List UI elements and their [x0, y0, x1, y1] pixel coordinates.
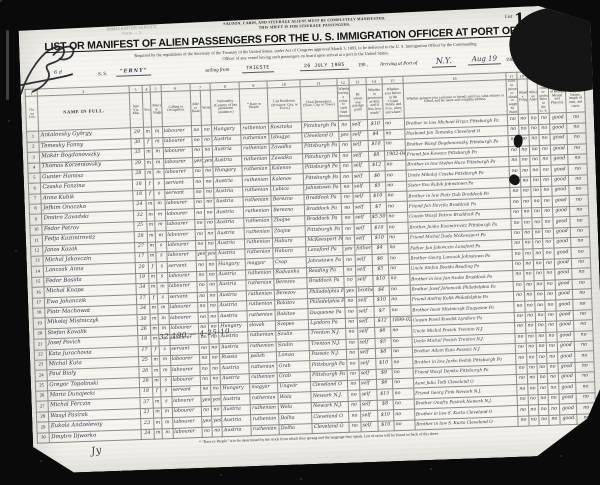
cell-read: no [197, 292, 208, 303]
cell-money: $10 [375, 358, 392, 369]
cell-contract: no [542, 217, 553, 228]
cell-read: yes [195, 250, 206, 261]
cell-ms: m [160, 366, 171, 377]
cell-health: good [559, 393, 577, 404]
cell-tkt: no [344, 307, 357, 318]
cell-no: 1 [27, 131, 40, 142]
cell-write: no [209, 354, 220, 365]
cell-ms: m [152, 127, 163, 138]
cell-polyg: no [520, 166, 531, 177]
cell-contract: no [539, 124, 550, 135]
cell-anarch: no [532, 228, 543, 239]
cell-paid: self [358, 328, 375, 339]
cell-age: 30 [137, 315, 151, 326]
cell-tkt: no [338, 120, 351, 131]
cell-ms: m [162, 418, 173, 429]
cell-before: no [386, 202, 407, 213]
sailing-from-label: sailing from [205, 68, 229, 74]
cell-age: 30 [130, 138, 144, 149]
cell-crip: no [576, 372, 595, 383]
cell-contract: no [545, 311, 556, 322]
cell-money: $8 [375, 348, 392, 359]
cell-age: 23 [140, 418, 154, 429]
cell-write: no [211, 406, 222, 417]
cell-anarch: no [537, 373, 548, 384]
cell-anarch: no [538, 384, 549, 395]
cell-sex: m [151, 335, 160, 346]
cell-before: 1902-04 Pittsbg [385, 150, 406, 161]
cell-before: no [387, 222, 408, 233]
cell-no: 16 [32, 287, 45, 298]
cell-crip: no [573, 310, 592, 321]
cell-contract: no [548, 394, 559, 405]
cell-before: no [384, 139, 405, 150]
cell-age: 17 [134, 252, 148, 263]
cell-prison: no [516, 343, 527, 354]
cell-anarch: no [532, 207, 543, 218]
cell-health: good [557, 341, 575, 352]
cell-tkt: no [343, 266, 356, 277]
cell-write: no [205, 219, 216, 230]
cell-ms: s [156, 262, 167, 273]
cell-no: 9 [29, 214, 42, 225]
manifest-sheet: IMMIGRATION SERVICE Form — 5 List 1 ✓ SA… [18, 4, 600, 474]
cell-paid: self [360, 400, 377, 411]
cell-contract: no [545, 300, 556, 311]
cell-money: $10 [372, 275, 389, 286]
cell-no: 17 [32, 297, 45, 308]
cell-crip: no [573, 299, 592, 310]
cell-tkt: no [346, 338, 359, 349]
cell-read: no [197, 302, 208, 313]
cell-age: 26 [138, 366, 152, 377]
cell-crip: no [575, 351, 594, 362]
cell-no: 27 [36, 401, 49, 412]
cell-read: no [199, 344, 210, 355]
cell-before: 1899-02 N.Y. [390, 316, 411, 327]
cell-contract: no [548, 373, 559, 384]
cell-age: 19 [135, 273, 149, 284]
cell-no: 29 [37, 422, 50, 433]
cell-tkt: no [339, 162, 352, 173]
cell-crip: no [570, 206, 589, 217]
cell-contract: no [544, 280, 555, 291]
cell-no: 11 [30, 235, 43, 246]
cell-write: no [209, 343, 220, 354]
cell-no: 24 [35, 370, 48, 381]
cell-ms: m [155, 220, 166, 231]
cell-tkt: no [348, 411, 361, 422]
cell-rel: Brother in law S. Kurta Cleveland O [415, 416, 519, 430]
cell-no: 30 [37, 432, 50, 443]
cell-tkt: no [341, 203, 354, 214]
list-label: List [505, 15, 513, 20]
cell-crip: no [574, 341, 593, 352]
cell-health: good [555, 289, 573, 300]
cell-race: ruthenian [251, 424, 279, 435]
cell-age: 35 [131, 148, 145, 159]
cell-polyg: no [519, 156, 530, 167]
cell-anarch: no [534, 280, 545, 291]
cell-age: 28 [131, 169, 145, 180]
cell-before: no [389, 264, 410, 275]
cell-age: 24 [133, 200, 147, 211]
cell-contract: no [548, 383, 559, 394]
cell-ms: m [155, 210, 166, 221]
cell-tkt: no [348, 422, 361, 433]
cell-anarch: no [529, 135, 540, 146]
cell-no: 15 [32, 277, 45, 288]
cell-read: no [201, 406, 212, 417]
cell-no: 5 [28, 173, 41, 184]
cell-anarch: no [532, 218, 543, 229]
cell-paid: self [360, 411, 377, 422]
cell-crip: no [567, 123, 586, 134]
cell-age: 26 [137, 325, 151, 336]
cell-write: no [203, 177, 214, 188]
cell-prison: no [508, 115, 519, 126]
cell-prison: no [513, 260, 524, 271]
cell-read: no [191, 126, 202, 137]
cell-read: yes [201, 416, 212, 427]
cell-prison: no [515, 322, 526, 333]
cell-anarch: no [533, 249, 544, 260]
cell-before: no [385, 160, 406, 171]
cell-crip: no [569, 185, 588, 196]
cell-anarch: no [530, 155, 541, 166]
cell-contract: no [541, 186, 552, 197]
cell-age: 18 [132, 190, 146, 201]
cell-health: good [553, 237, 571, 248]
cell-write: no [206, 260, 217, 271]
cell-tkt: no [346, 359, 359, 370]
cell-health: good [557, 331, 575, 342]
cell-tkt: no [344, 297, 357, 308]
cell-age: 27 [134, 242, 148, 253]
cell-tkt: no [343, 276, 356, 287]
cell-paid: self [360, 390, 377, 401]
cell-contract: no [540, 165, 551, 176]
arrival-port: N.Y. [432, 56, 456, 68]
cell-ms: m [153, 169, 164, 180]
cell-no: 18 [33, 308, 46, 319]
cell-health: good [551, 165, 569, 176]
cell-polyg: no [522, 218, 533, 229]
arrival-date: Aug 19 [468, 55, 502, 66]
cell-sex: m [149, 283, 158, 294]
cell-polyg: no [528, 395, 539, 406]
cell-prison: no [510, 198, 521, 209]
column-label-race: * Race or People. [239, 88, 268, 124]
cell-crip: no [569, 175, 588, 186]
cell-polyg: no [523, 270, 534, 281]
cell-no: 25 [35, 381, 48, 392]
cell-anarch: no [536, 342, 547, 353]
cell-write: no [208, 312, 219, 323]
cell-ms: s [158, 293, 169, 304]
cell-dest: Cleveland O [312, 422, 349, 434]
cell-age: 34 [135, 283, 149, 294]
cell-tkt: no [340, 183, 353, 194]
cell-crip: no [576, 382, 595, 393]
cell-health: good [554, 269, 572, 280]
cell-write: yes [206, 250, 217, 261]
cell-prison: no [514, 312, 525, 323]
cell-read: yes [200, 396, 211, 407]
cell-no: 20 [33, 329, 46, 340]
cell-anarch: no [529, 124, 540, 135]
cell-before: no [385, 170, 406, 181]
cell-prison: no [514, 291, 525, 302]
cell-no: 26 [36, 391, 49, 402]
cell-polyg: no [520, 187, 531, 198]
cell-prison: no [517, 385, 528, 396]
cell-anarch: no [531, 197, 542, 208]
cell-health: good [553, 227, 571, 238]
cell-prison: no [509, 156, 520, 167]
cell-write: no [202, 136, 213, 147]
cell-ms: s [157, 272, 168, 283]
cell-contract: no [543, 238, 554, 249]
cell-anarch: no [530, 176, 541, 187]
cell-ms: m [157, 283, 168, 294]
cell-read: no [193, 178, 204, 189]
cell-health: good [552, 206, 570, 217]
cell-crip: no [567, 133, 586, 144]
cell-before: no [389, 274, 410, 285]
cell-read: no [198, 313, 209, 324]
cell-age: 37 [139, 398, 153, 409]
cell-polyg: no [525, 312, 536, 323]
cell-paid: self [357, 296, 374, 307]
cell-health: good [549, 123, 567, 134]
cell-sex: m [147, 242, 156, 253]
cell-polyg: no [522, 228, 533, 239]
cell-before: no [394, 420, 415, 431]
cell-before: no [388, 254, 409, 265]
cell-write: yes [202, 156, 213, 167]
cell-prison: no [512, 250, 523, 261]
cell-contract: no [541, 197, 552, 208]
cell-polyg: no [523, 249, 534, 260]
ss-label: S. S. [98, 72, 107, 77]
cell-polyg: no [527, 363, 538, 374]
cell-tkt: no [340, 193, 353, 204]
cell-age: 29 [139, 377, 153, 388]
cell-polyg: no [526, 343, 537, 354]
cell-money: $6 [369, 171, 386, 182]
cell-anarch: no [537, 353, 548, 364]
cell-tkt: no [347, 370, 360, 381]
cell-prison: no [515, 333, 526, 344]
cell-polyg: no [524, 280, 535, 291]
cell-crip: no [576, 393, 595, 404]
cell-money: $5 [369, 182, 386, 193]
cell-write: no [208, 302, 219, 313]
cell-crip: no [572, 258, 591, 269]
cell-ms: m [154, 200, 165, 211]
cell-money: $6 [372, 254, 389, 265]
cell-write: no [207, 291, 218, 302]
cell-health: good [558, 383, 576, 394]
cell-money: $7 [373, 306, 390, 317]
cell-contract: no [547, 342, 558, 353]
cell-health: good [555, 300, 573, 311]
cell-ms: m [153, 158, 164, 169]
cell-money: $4 [371, 244, 388, 255]
cell-paid: self [354, 213, 371, 224]
cell-no: 22 [34, 349, 47, 360]
cell-prison: no [517, 374, 528, 385]
cell-anarch: no [533, 259, 544, 270]
cell-before: no [384, 129, 405, 140]
cell-paid: self [355, 255, 372, 266]
cell-age: 25 [133, 221, 147, 232]
cell-read: no [196, 271, 207, 282]
cell-ms: s [154, 189, 165, 200]
cell-ms: m [158, 314, 169, 325]
cell-read: no [195, 240, 206, 251]
cell-crip: no [568, 143, 587, 154]
cell-health: good [558, 372, 576, 383]
cell-contract: no [545, 290, 556, 301]
cell-tkt: no [342, 235, 355, 246]
cell-money: $10 [369, 192, 386, 203]
cell-write: yes [212, 416, 223, 427]
cell-crip: no [575, 361, 594, 372]
cell-sex: f [149, 294, 158, 305]
cell-polyg: no [528, 415, 539, 426]
cell-paid: self [353, 193, 370, 204]
cell-paid: self [350, 120, 367, 131]
column-label-paid: By whom was passage paid? [349, 85, 367, 120]
cell-before: no [386, 191, 407, 202]
cell-before: no [393, 399, 414, 410]
cell-crip: no [568, 154, 587, 165]
cell-paid: self [355, 265, 372, 276]
cell-anarch: no [534, 290, 545, 301]
cell-no: 19 [33, 318, 46, 329]
column-label-before: Whether ever before in the United States… [382, 84, 404, 120]
cell-health: good [559, 414, 577, 425]
cell-read: yes [192, 157, 203, 168]
cell-read: no [193, 188, 204, 199]
cell-prison: no [511, 208, 522, 219]
cell-money: $10 [368, 140, 385, 151]
cell-before: no [387, 212, 408, 223]
cell-sex: f [153, 387, 162, 398]
cell-read: no [200, 385, 211, 396]
cell-before: no [390, 305, 411, 316]
cell-age: 24 [141, 429, 155, 440]
cell-contract: no [549, 404, 560, 415]
cell-contract: no [546, 321, 557, 332]
printed-year-1: 190 , [358, 63, 368, 68]
cell-tkt: no [346, 349, 359, 360]
cell-nat: Austria [222, 425, 251, 436]
cell-contract: no [546, 332, 557, 343]
cell-crip: no [569, 195, 588, 206]
cell-read: no [196, 261, 207, 272]
cell-no: 14 [31, 266, 44, 277]
cell-no: 13 [31, 256, 44, 267]
cell-read: no [199, 364, 210, 375]
cell-ms: m [160, 355, 171, 366]
cell-sex: m [147, 231, 156, 242]
cell-no: 2 [27, 142, 40, 153]
cell-before: no [389, 285, 410, 296]
sailing-date: 26 JULY 1905 [300, 62, 349, 72]
cell-anarch: no [528, 114, 539, 125]
cell-paid: self [357, 317, 374, 328]
cell-name: Dmytro Djworko [50, 429, 141, 443]
cell-polyg: no [525, 322, 536, 333]
cell-ms: s [160, 376, 171, 387]
cell-no: 4 [28, 162, 41, 173]
cell-ms: m [162, 428, 173, 439]
cell-money: $10 [371, 233, 388, 244]
cell-money: $8 [368, 150, 385, 161]
cell-anarch: no [531, 187, 542, 198]
cell-no: 7 [29, 194, 42, 205]
cell-polyg: no [528, 405, 539, 416]
cell-health: good [549, 113, 567, 124]
cell-polyg: no [526, 353, 537, 364]
cell-no: 23 [35, 360, 48, 371]
cell-paid: self [353, 182, 370, 193]
cell-anarch: no [535, 301, 546, 312]
cell-crip: no [573, 289, 592, 300]
cell-write: no [202, 146, 213, 157]
cell-write: no [205, 239, 216, 250]
cell-anarch: no [538, 405, 549, 416]
cell-money: $6 [376, 379, 393, 390]
cell-ms: m [162, 407, 173, 418]
cell-age: 18 [132, 180, 146, 191]
cell-read: no [195, 229, 206, 240]
cell-sex: f [144, 138, 153, 149]
cell-before: no [392, 357, 413, 368]
cell-contract: no [543, 248, 554, 259]
cell-ms: m [158, 304, 169, 315]
cell-age: 29 [131, 159, 145, 170]
margin-note: 6 d [54, 70, 62, 76]
cell-no: 8 [29, 204, 42, 215]
cell-tkt: no [342, 224, 355, 235]
cell-polyg: no [524, 291, 535, 302]
cell-anarch: no [533, 238, 544, 249]
cell-anarch: no [536, 332, 547, 343]
cell-read: no [193, 167, 204, 178]
cell-before: no [393, 389, 414, 400]
cell-prison: no [510, 187, 521, 198]
cell-crip: no [567, 112, 586, 123]
cell-before: no [391, 347, 412, 358]
cell-prison: no [513, 281, 524, 292]
scan-speckle [0, 0, 2, 2]
cell-polyg: no [524, 301, 535, 312]
cell-paid: self [352, 172, 369, 183]
column-label-age: Age. Yrs. Mos. [129, 93, 144, 128]
scan-edge-streak [6, 30, 9, 100]
cell-no: 10 [30, 225, 43, 236]
cell-paid: brother [356, 286, 373, 297]
cell-prison: no [516, 353, 527, 364]
cell-paid: self [359, 359, 376, 370]
cell-write: no [212, 426, 223, 437]
cell-prison: no [516, 364, 527, 375]
cell-tkt: no [345, 328, 358, 339]
